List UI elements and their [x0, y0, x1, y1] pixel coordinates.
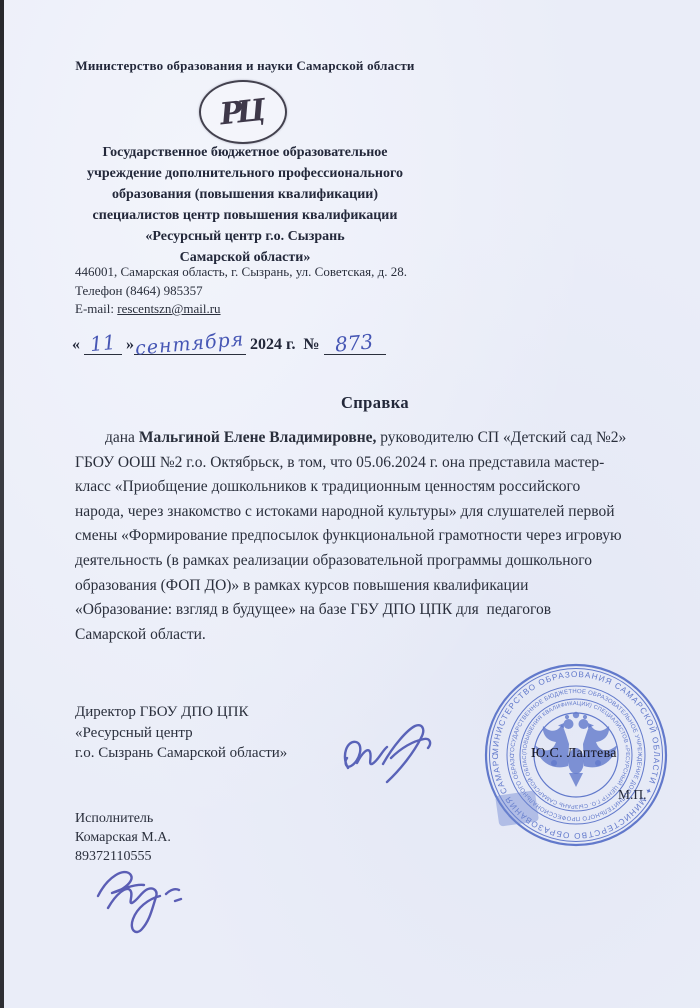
- institution-line: учреждение дополнительного профессиональ…: [35, 163, 455, 184]
- executor-label: Исполнитель: [75, 809, 171, 828]
- executor-signature: [78, 858, 228, 940]
- close-quote: »: [122, 336, 134, 354]
- director-title-block: Директор ГБОУ ДПО ЦПК «Ресурсный центр г…: [75, 702, 287, 764]
- phone-line: Телефон (8464) 985357: [75, 282, 407, 301]
- resource-center-logo: РЦ: [199, 80, 287, 144]
- contact-block: 446001, Самарская область, г. Сызрань, у…: [75, 263, 407, 319]
- body-line: «Образование: взгляд в будущее» на базе …: [75, 598, 675, 623]
- doc-number-field: 873: [324, 330, 386, 355]
- body-line: деятельность (в рамках реализации образо…: [75, 549, 675, 574]
- body-line: образования (ФОП ДО)» в рамках курсов по…: [75, 574, 675, 599]
- institution-line: специалистов центр повышения квалификаци…: [35, 205, 455, 226]
- stamp-ink-smudge: [495, 790, 539, 826]
- recipient-name: Мальгиной Елене Владимировне,: [139, 429, 377, 446]
- handwritten-day: 11: [89, 330, 116, 356]
- scanned-document-page: Министерство образования и науки Самарск…: [0, 0, 700, 1008]
- address-line: 446001, Самарская область, г. Сызрань, у…: [75, 263, 407, 282]
- director-signature: [335, 716, 447, 794]
- institution-line: образования (повышения квалификации): [35, 184, 455, 205]
- director-line: Директор ГБОУ ДПО ЦПК: [75, 702, 287, 723]
- ministry-header: Министерство образования и науки Самарск…: [40, 58, 450, 74]
- executor-name: Комарская М.А.: [75, 828, 171, 847]
- director-signature-icon: [335, 716, 447, 794]
- body-line: смены «Формирование предпосылок функцион…: [75, 524, 675, 549]
- day-field: 11: [84, 330, 122, 355]
- body-paragraph: дана Мальгиной Елене Владимировне, руков…: [75, 426, 675, 647]
- document-title: Справка: [90, 393, 660, 413]
- handwritten-month: сентября: [135, 328, 246, 359]
- handwritten-doc-number: 873: [334, 329, 374, 356]
- body-line: Самарской области.: [75, 623, 675, 648]
- director-printed-name: Ю.С. Лаптева: [531, 746, 617, 762]
- institution-line: Государственное бюджетное образовательно…: [35, 142, 455, 163]
- email-address: rescentszn@mail.ru: [117, 301, 220, 316]
- email-line: E-mail: rescentszn@mail.ru: [75, 300, 407, 319]
- open-quote: «: [72, 336, 84, 354]
- body-line: дана Мальгиной Елене Владимировне, руков…: [75, 426, 675, 451]
- email-label: E-mail:: [75, 301, 117, 316]
- body-line: класс «Приобщение дошкольников к традици…: [75, 475, 675, 500]
- year-label: 2024 г. №: [246, 336, 324, 354]
- body-line: ГБОУ ООШ №2 г.о. Октябрьск, в том, что 0…: [75, 451, 675, 476]
- body-line1-rest: руководителю СП «Детский сад №2»: [376, 429, 626, 446]
- executor-signature-icon: [78, 858, 228, 940]
- month-field: сентября: [134, 332, 246, 355]
- body-prefix: дана: [105, 429, 139, 446]
- institution-line: «Ресурсный центр г.о. Сызрань: [35, 226, 455, 247]
- institution-name: Государственное бюджетное образовательно…: [35, 142, 455, 268]
- director-line: г.о. Сызрань Самарской области»: [75, 743, 287, 764]
- date-number-line: « 11 »сентября 2024 г. № 873: [72, 330, 386, 355]
- mp-label: М.П.: [618, 787, 647, 803]
- director-line: «Ресурсный центр: [75, 723, 287, 744]
- logo-monogram-icon: РЦ: [219, 92, 268, 132]
- body-line: народа, через знакомство с истоками наро…: [75, 500, 675, 525]
